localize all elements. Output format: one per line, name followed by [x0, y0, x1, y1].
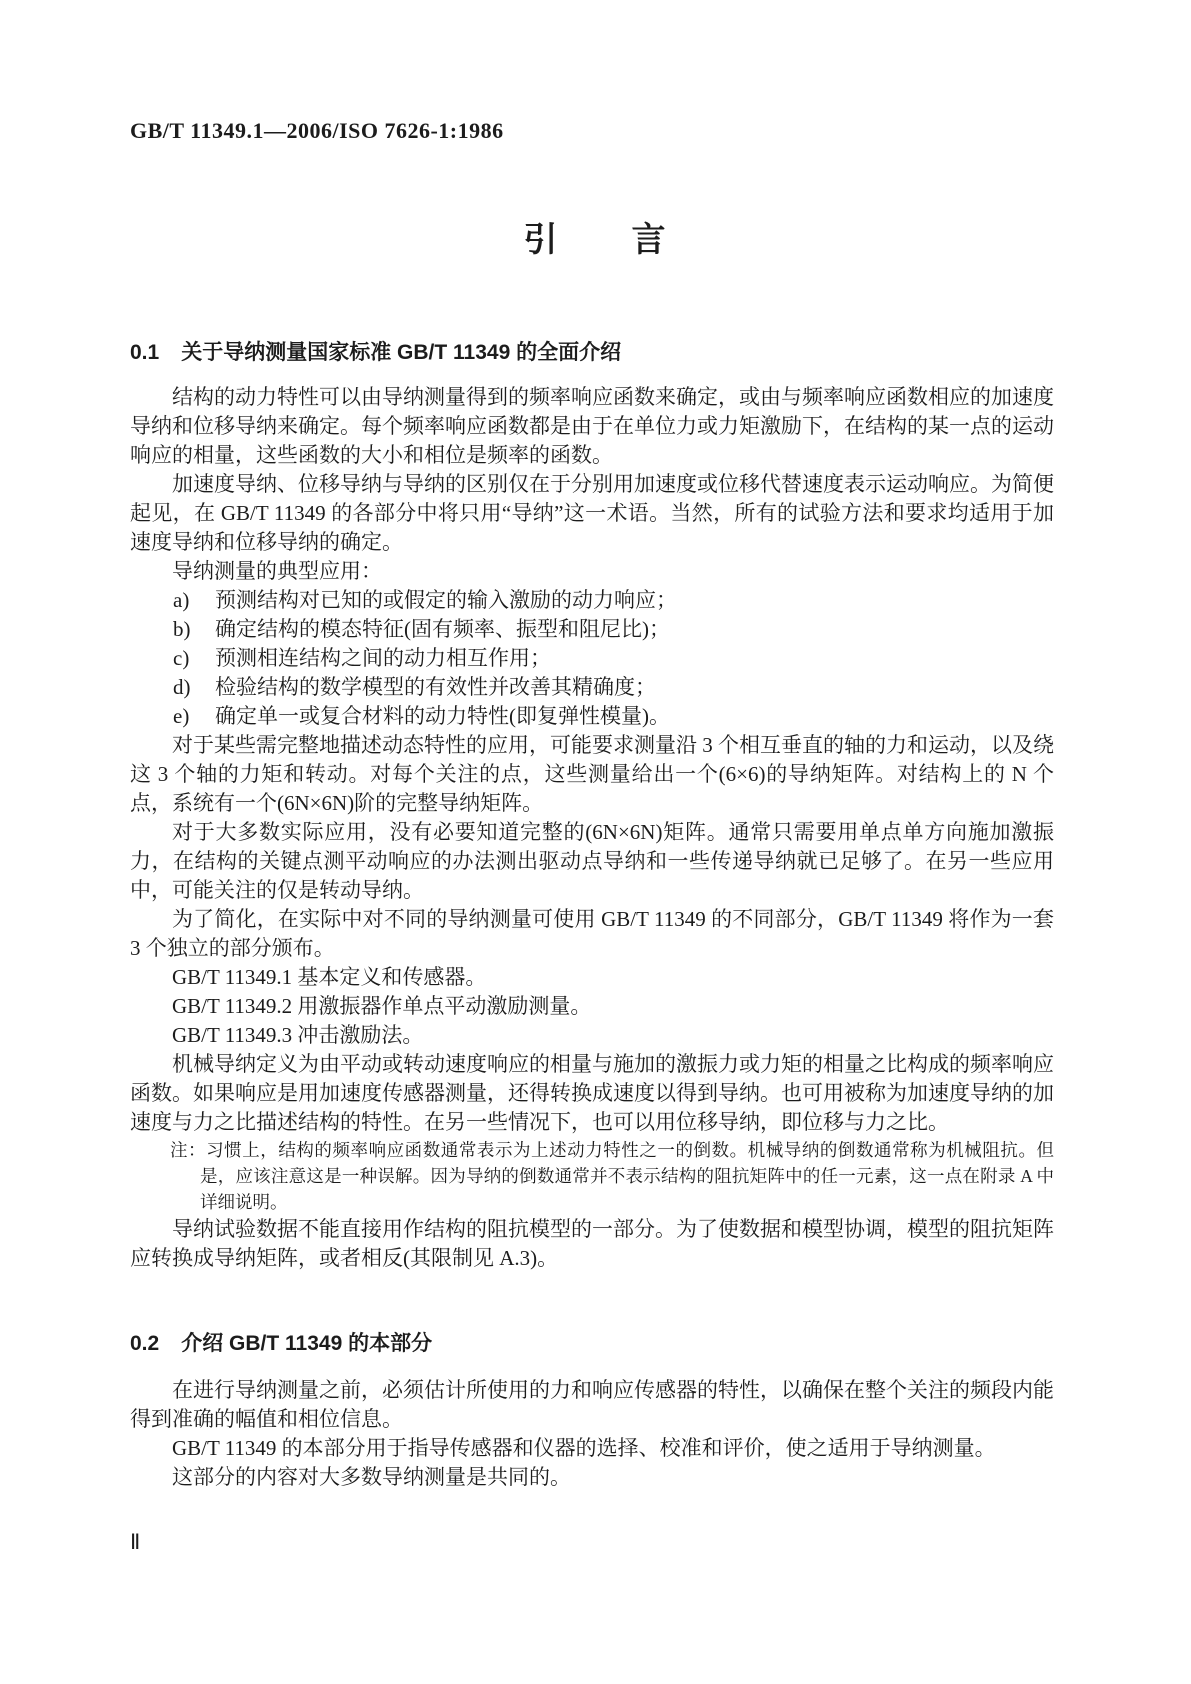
applications-list: a)预测结构对已知的或假定的输入激励的动力响应； b)确定结构的模态特征(固有频…	[130, 586, 1054, 731]
section-heading-text: 介绍 GB/T 11349 的本部分	[181, 1332, 432, 1355]
paragraph: GB/T 11349.3 冲击激励法。	[130, 1021, 1054, 1050]
note-block: 注：习惯上，结构的频率响应函数通常表示为上述动力特性之一的倒数。机械导纳的倒数通…	[130, 1137, 1054, 1215]
paragraph: 为了简化，在实际中对不同的导纳测量可使用 GB/T 11349 的不同部分，GB…	[130, 905, 1054, 963]
section-heading-text: 关于导纳测量国家标准 GB/T 11349 的全面介绍	[181, 341, 621, 364]
list-item: d)检验结构的数学模型的有效性并改善其精确度；	[130, 673, 1054, 702]
list-marker: e)	[173, 702, 189, 731]
section-heading-0-2: 0.2介绍 GB/T 11349 的本部分	[130, 1329, 1054, 1358]
list-item-text: 预测结构对已知的或假定的输入激励的动力响应；	[215, 588, 677, 612]
document-page: GB/T 11349.1—2006/ISO 7626-1:1986 引 言 0.…	[0, 0, 1191, 1684]
list-item-text: 确定结构的模态特征(固有频率、振型和阻尼比)；	[215, 617, 670, 641]
list-item: a)预测结构对已知的或假定的输入激励的动力响应；	[130, 586, 1054, 615]
paragraph: 在进行导纳测量之前，必须估计所使用的力和响应传感器的特性，以确保在整个关注的频段…	[130, 1376, 1054, 1434]
list-marker: c)	[173, 644, 189, 673]
paragraph: 机械导纳定义为由平动或转动速度响应的相量与施加的激振力或力矩的相量之比构成的频率…	[130, 1050, 1054, 1137]
paragraph: GB/T 11349.1 基本定义和传感器。	[130, 963, 1054, 992]
section-number: 0.2	[130, 1332, 159, 1355]
paragraph: 对于某些需完整地描述动态特性的应用，可能要求测量沿 3 个相互垂直的轴的力和运动…	[130, 731, 1054, 818]
paragraph: 对于大多数实际应用，没有必要知道完整的(6N×6N)矩阵。通常只需要用单点单方向…	[130, 818, 1054, 905]
paragraph: 导纳测量的典型应用：	[130, 557, 1054, 586]
paragraph: GB/T 11349 的本部分用于指导传感器和仪器的选择、校准和评价，使之适用于…	[130, 1434, 1054, 1463]
paragraph: GB/T 11349.2 用激振器作单点平动激励测量。	[130, 992, 1054, 1021]
list-item: c)预测相连结构之间的动力相互作用；	[130, 644, 1054, 673]
paragraph: 导纳试验数据不能直接用作结构的阻抗模型的一部分。为了使数据和模型协调，模型的阻抗…	[130, 1215, 1054, 1273]
section-heading-0-1: 0.1关于导纳测量国家标准 GB/T 11349 的全面介绍	[130, 338, 1054, 367]
paragraph: 这部分的内容对大多数导纳测量是共同的。	[130, 1463, 1054, 1492]
list-marker: a)	[173, 586, 189, 615]
list-marker: b)	[173, 615, 191, 644]
list-item: e)确定单一或复合材料的动力特性(即复弹性模量)。	[130, 702, 1054, 731]
page-title: 引 言	[0, 212, 1191, 261]
document-body: 0.1关于导纳测量国家标准 GB/T 11349 的全面介绍 结构的动力特性可以…	[130, 338, 1054, 1492]
list-marker: d)	[173, 673, 191, 702]
list-item-text: 预测相连结构之间的动力相互作用；	[215, 646, 551, 670]
list-item-text: 确定单一或复合材料的动力特性(即复弹性模量)。	[215, 704, 670, 728]
paragraph: 加速度导纳、位移导纳与导纳的区别仅在于分别用加速度或位移代替速度表示运动响应。为…	[130, 470, 1054, 557]
note-text: 习惯上，结构的频率响应函数通常表示为上述动力特性之一的倒数。机械导纳的倒数通常称…	[200, 1140, 1054, 1212]
standard-code-header: GB/T 11349.1—2006/ISO 7626-1:1986	[130, 118, 504, 144]
page-number: Ⅱ	[130, 1530, 140, 1555]
note-label: 注：	[170, 1140, 206, 1160]
list-item-text: 检验结构的数学模型的有效性并改善其精确度；	[215, 675, 656, 699]
section-number: 0.1	[130, 341, 159, 364]
list-item: b)确定结构的模态特征(固有频率、振型和阻尼比)；	[130, 615, 1054, 644]
paragraph: 结构的动力特性可以由导纳测量得到的频率响应函数来确定，或由与频率响应函数相应的加…	[130, 383, 1054, 470]
